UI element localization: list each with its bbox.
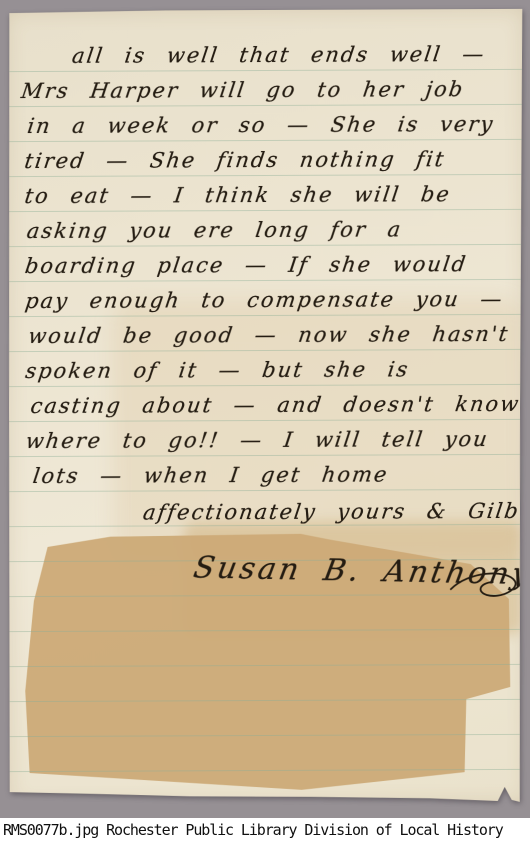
- caption-text: RMS0077b.jpg Rochester Public Library Di…: [3, 821, 503, 839]
- handwriting-line: spoken of it — but she is: [24, 357, 411, 383]
- valediction-line: affectionately yours & Gilberts: [142, 499, 530, 525]
- ruled-line: [7, 139, 524, 142]
- handwriting-line: to eat — I think she will be: [23, 182, 452, 208]
- letter-paper: all is well that ends well — Mrs Harper …: [6, 9, 526, 805]
- ruled-lines: [6, 9, 523, 11]
- ruled-line: [7, 69, 524, 72]
- handwriting-line: casting about — and doesn't know: [29, 392, 522, 418]
- ruled-line: [7, 174, 524, 177]
- handwriting-line: lots — when I get home: [31, 462, 390, 488]
- handwriting-line: would be good — now she hasn't: [27, 322, 511, 348]
- signature-flourish-icon: [449, 567, 521, 605]
- handwriting-line: where to go!! — I will tell you: [24, 427, 490, 453]
- ruled-line: [7, 104, 524, 107]
- handwriting-line: in a week or so — She is very: [26, 112, 496, 138]
- handwriting-line: all is well that ends well —: [71, 42, 488, 68]
- ruled-line: [7, 244, 524, 247]
- handwriting-line: Mrs Harper will go to her job: [20, 77, 466, 103]
- handwriting-line: boarding place — If she would: [23, 252, 468, 278]
- handwriting-line: asking you ere long for a: [25, 217, 404, 243]
- scanned-letter-view: all is well that ends well — Mrs Harper …: [0, 0, 530, 841]
- ruled-line: [7, 279, 524, 282]
- handwriting-line: tired — She finds nothing fit: [23, 147, 447, 173]
- letter-paper-wrapper: all is well that ends well — Mrs Harper …: [0, 0, 530, 841]
- ruled-line: [7, 209, 524, 212]
- caption-bar: RMS0077b.jpg Rochester Public Library Di…: [0, 818, 530, 841]
- handwriting-line: pay enough to compensate you — it: [24, 287, 530, 313]
